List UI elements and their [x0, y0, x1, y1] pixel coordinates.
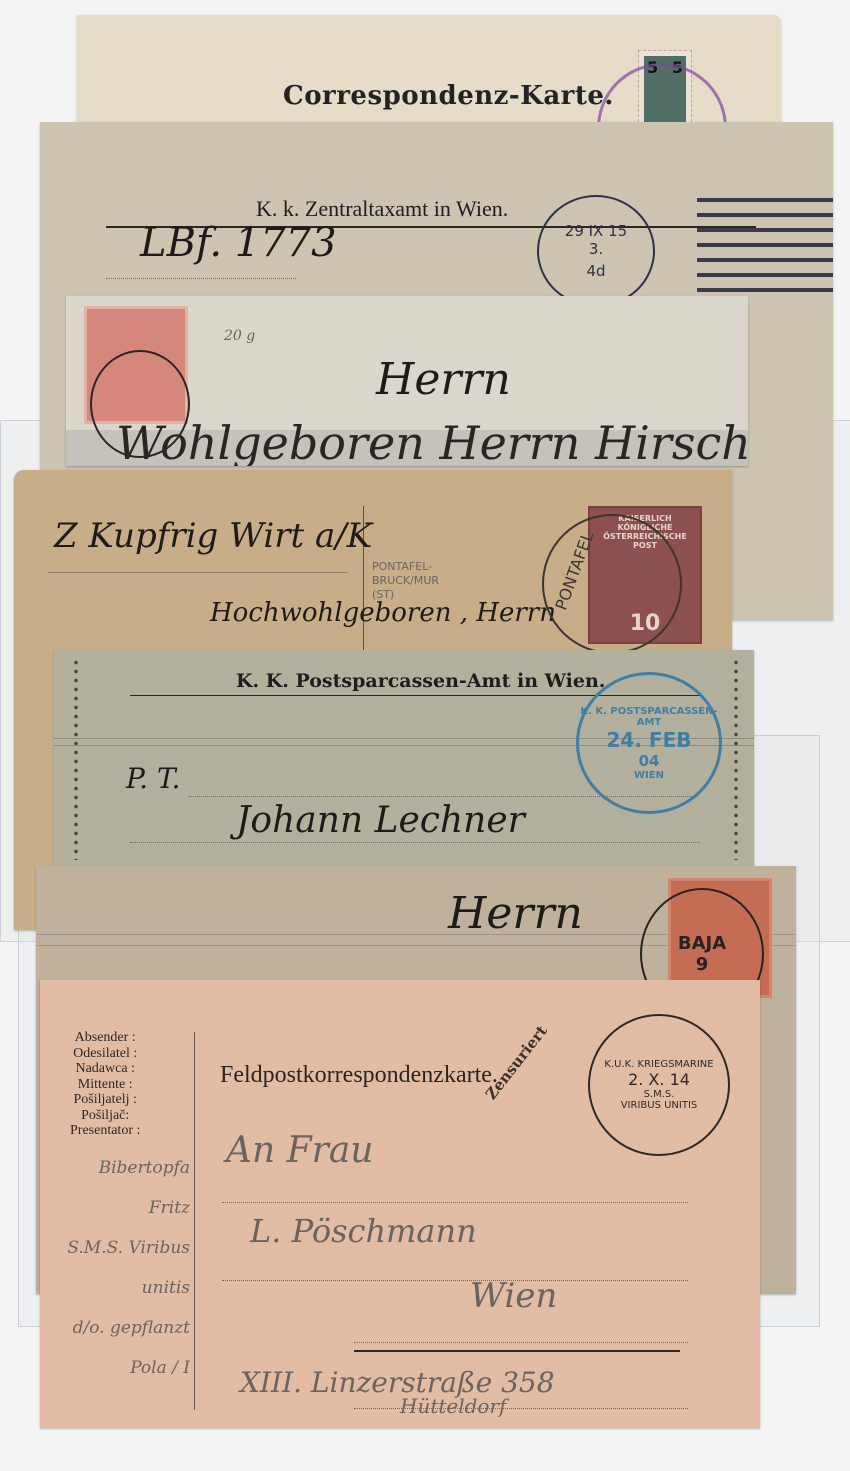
perforation-left [74, 658, 78, 860]
card-title: K. K. Postsparcassen-Amt in Wien. [236, 670, 605, 692]
postmark-place: BAJA [678, 933, 726, 954]
sender-line: d/o. gepflanzt [62, 1308, 190, 1348]
postmark-date: 29 IX 15 [565, 222, 627, 240]
violet-cancel-postmark [597, 63, 727, 130]
sender-line: Pola / I [62, 1348, 190, 1388]
card-title: Correspondenz-Karte. [283, 81, 614, 111]
sender-label: Absender : [70, 1030, 140, 1046]
pontafel-postmark: PONTAFEL [542, 514, 682, 654]
address-salutation: Herrn [376, 354, 511, 405]
pencil-note-line: PONTAFEL- [372, 560, 439, 574]
sender-label: Pošiljač: [70, 1108, 140, 1124]
feldpost-card: Absender : Odesilatel : Nadawca : Mitten… [40, 980, 760, 1428]
dotted-line [222, 1202, 688, 1203]
address-line: Hochwohlgeboren , Herrn [210, 598, 556, 628]
sender-line: unitis [62, 1268, 190, 1308]
postmark-ship: S.M.S. [644, 1089, 675, 1100]
sender-line: S.M.S. Viribus [62, 1228, 190, 1268]
correspondenz-karte-card: Correspondenz-Karte. 5 5 [77, 15, 781, 130]
sender-handwritten: Bibertopfa Fritz S.M.S. Viribus unitis d… [62, 1148, 190, 1388]
pencil-note-line: (ST) [372, 588, 439, 602]
address-line: Hütteldorf [400, 1394, 506, 1418]
dotted-line [222, 1280, 688, 1281]
postsparcassen-letter-card: K. K. Postsparcassen-Amt in Wien. P. T. … [54, 650, 754, 868]
sender-label: Pošiljatelj : [70, 1092, 140, 1108]
machine-cancel-bars [697, 198, 833, 303]
postmark-ring-text: K.U.K. KRIEGSMARINE [604, 1059, 713, 1070]
pencil-note: PONTAFEL- BRUCK/MUR (ST) [372, 560, 439, 602]
kriegsmarine-postmark: K.U.K. KRIEGSMARINE 2. X. 14 S.M.S. VIRI… [588, 1014, 730, 1156]
card-title: K. k. Zentraltaxamt in Wien. [256, 196, 508, 222]
dotted-line [106, 278, 296, 279]
perforation-right [734, 658, 738, 860]
pencil-note: 20 g [224, 328, 255, 344]
red-stamp-cover: 20 g Herrn Wohlgeboren Herrn Hirsch [66, 296, 748, 466]
address-line: L. Pöschmann [250, 1212, 477, 1250]
sender-line: Bibertopfa [62, 1148, 190, 1188]
address-line: Wien [470, 1276, 557, 1316]
postmark-number: 3. [589, 240, 603, 258]
address-line: Z Kupfrig Wirt a/K [54, 516, 372, 556]
postmark-code: 4d [586, 262, 605, 280]
salutation: P. T. [126, 762, 180, 795]
sender-label: Nadawca : [70, 1061, 140, 1077]
dotted-line [354, 1342, 688, 1343]
address-line: XIII. Linzerstraße 358 [240, 1366, 555, 1399]
dotted-line [130, 842, 700, 843]
card-title: Feldpostkorrespondenzkarte. [220, 1062, 498, 1089]
pencil-note-line: BRUCK/MUR [372, 574, 439, 588]
dotted-line [354, 1408, 688, 1409]
sender-label: Presentator : [70, 1123, 140, 1139]
address-salutation: Herrn [448, 888, 583, 939]
handwritten-reference: LBf. 1773 [140, 220, 337, 266]
postmark-date: 24. FEB [607, 728, 692, 752]
wien-postmark: 29 IX 15 3. 4d [537, 195, 655, 307]
postmark-day: 9 [696, 954, 709, 975]
postmark-place: WIEN [634, 770, 664, 781]
sender-label: Mittente : [70, 1077, 140, 1093]
sender-line: Fritz [62, 1188, 190, 1228]
addressee-name: Johann Lechner [236, 800, 525, 841]
vertical-divider [194, 1032, 195, 1410]
blue-postmark: K. K. POSTSPARCASSEN-AMT 24. FEB 04 WIEN [576, 672, 722, 814]
baseline [48, 572, 348, 573]
sender-labels: Absender : Odesilatel : Nadawca : Mitten… [70, 1030, 140, 1139]
postmark-bottom-text: VIRIBUS UNITIS [621, 1100, 698, 1111]
underline [354, 1350, 680, 1352]
postmark-year: 04 [639, 752, 660, 770]
sender-label: Odesilatel : [70, 1046, 140, 1062]
address-line: An Frau [226, 1130, 373, 1171]
postmark-ring-text: K. K. POSTSPARCASSEN-AMT [579, 706, 719, 728]
postmark-date: 2. X. 14 [628, 1070, 690, 1089]
address-line: Wohlgeboren Herrn Hirsch [116, 416, 748, 466]
postmark-place: PONTAFEL [551, 529, 597, 612]
